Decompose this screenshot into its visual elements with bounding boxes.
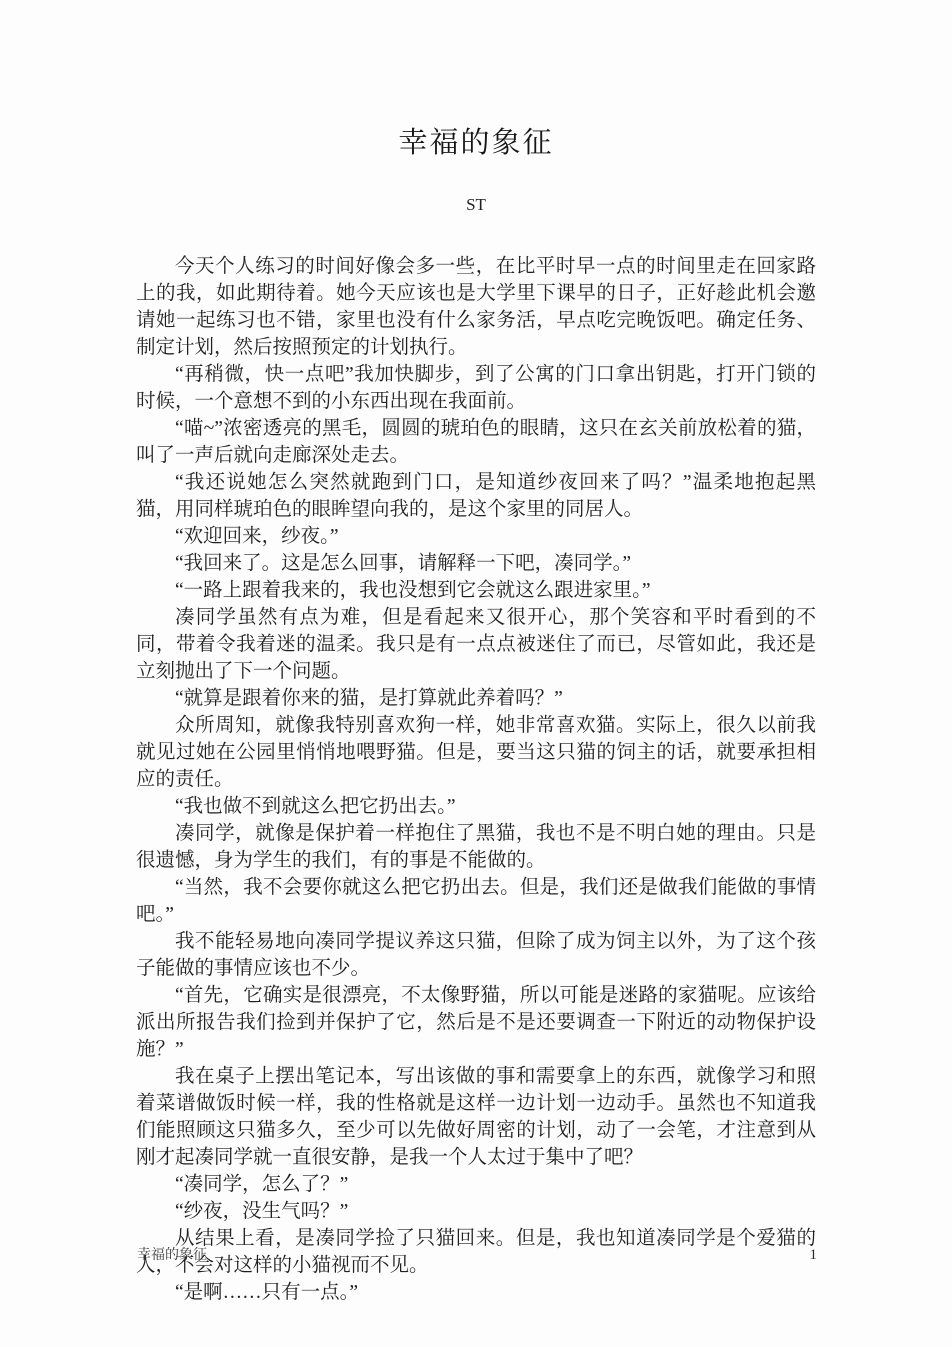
- paragraph: 今天个人练习的时间好像会多一些，在比平时早一点的时间里走在回家路上的我，如此期待…: [136, 253, 816, 361]
- paragraph: “喵~”浓密透亮的黑毛，圆圆的琥珀色的眼睛，这只在玄关前放松着的猫，叫了一声后就…: [136, 415, 816, 469]
- paragraph: 我不能轻易地向凑同学提议养这只猫，但除了成为饲主以外，为了这个孩子能做的事情应该…: [136, 928, 816, 982]
- paragraph: “就算是跟着你来的猫，是打算就此养着吗？”: [136, 685, 816, 712]
- paragraph: “我也做不到就这么把它扔出去。”: [136, 793, 816, 820]
- paragraph: 众所周知，就像我特别喜欢狗一样，她非常喜欢猫。实际上，很久以前我就见过她在公园里…: [136, 712, 816, 793]
- paragraph: “首先，它确实是很漂亮，不太像野猫，所以可能是迷路的家猫呢。应该给派出所报告我们…: [136, 982, 816, 1063]
- paragraph: “当然，我不会要你就这么把它扔出去。但是，我们还是做我们能做的事情吧。”: [136, 874, 816, 928]
- paragraph: “是啊……只有一点。”: [136, 1279, 816, 1306]
- page-title: 幸福的象征: [136, 120, 816, 161]
- document-page: 幸福的象征 ST 今天个人练习的时间好像会多一些，在比平时早一点的时间里走在回家…: [0, 0, 952, 1347]
- paragraph: “我还说她怎么突然就跑到门口，是知道纱夜回来了吗？”温柔地抱起黑猫，用同样琥珀色…: [136, 469, 816, 523]
- footer-page-number: 1: [810, 1247, 818, 1264]
- paragraph: “一路上跟着我来的，我也没想到它会就这么跟进家里。”: [136, 577, 816, 604]
- paragraph: “再稍微，快一点吧”我加快脚步，到了公寓的门口拿出钥匙，打开门锁的时候，一个意想…: [136, 361, 816, 415]
- paragraph: “凑同学，怎么了？”: [136, 1171, 816, 1198]
- paragraph: “我回来了。这是怎么回事，请解释一下吧，凑同学。”: [136, 550, 816, 577]
- footer-document-title: 幸福的象征: [137, 1244, 207, 1264]
- paragraph: 凑同学，就像是保护着一样抱住了黑猫，我也不是不明白她的理由。只是很遗憾，身为学生…: [136, 820, 816, 874]
- paragraph: 我在桌子上摆出笔记本，写出该做的事和需要拿上的东西，就像学习和照着菜谱做饭时候一…: [136, 1063, 816, 1171]
- page-footer: 幸福的象征 1: [137, 1244, 817, 1264]
- author-name: ST: [136, 195, 816, 215]
- story-body: 今天个人练习的时间好像会多一些，在比平时早一点的时间里走在回家路上的我，如此期待…: [136, 253, 816, 1306]
- paragraph: “欢迎回来，纱夜。”: [136, 523, 816, 550]
- paragraph: 凑同学虽然有点为难，但是看起来又很开心，那个笑容和平时看到的不同，带着令我着迷的…: [136, 604, 816, 685]
- paragraph: “纱夜，没生气吗？”: [136, 1198, 816, 1225]
- document-content: 幸福的象征 ST 今天个人练习的时间好像会多一些，在比平时早一点的时间里走在回家…: [136, 0, 816, 1306]
